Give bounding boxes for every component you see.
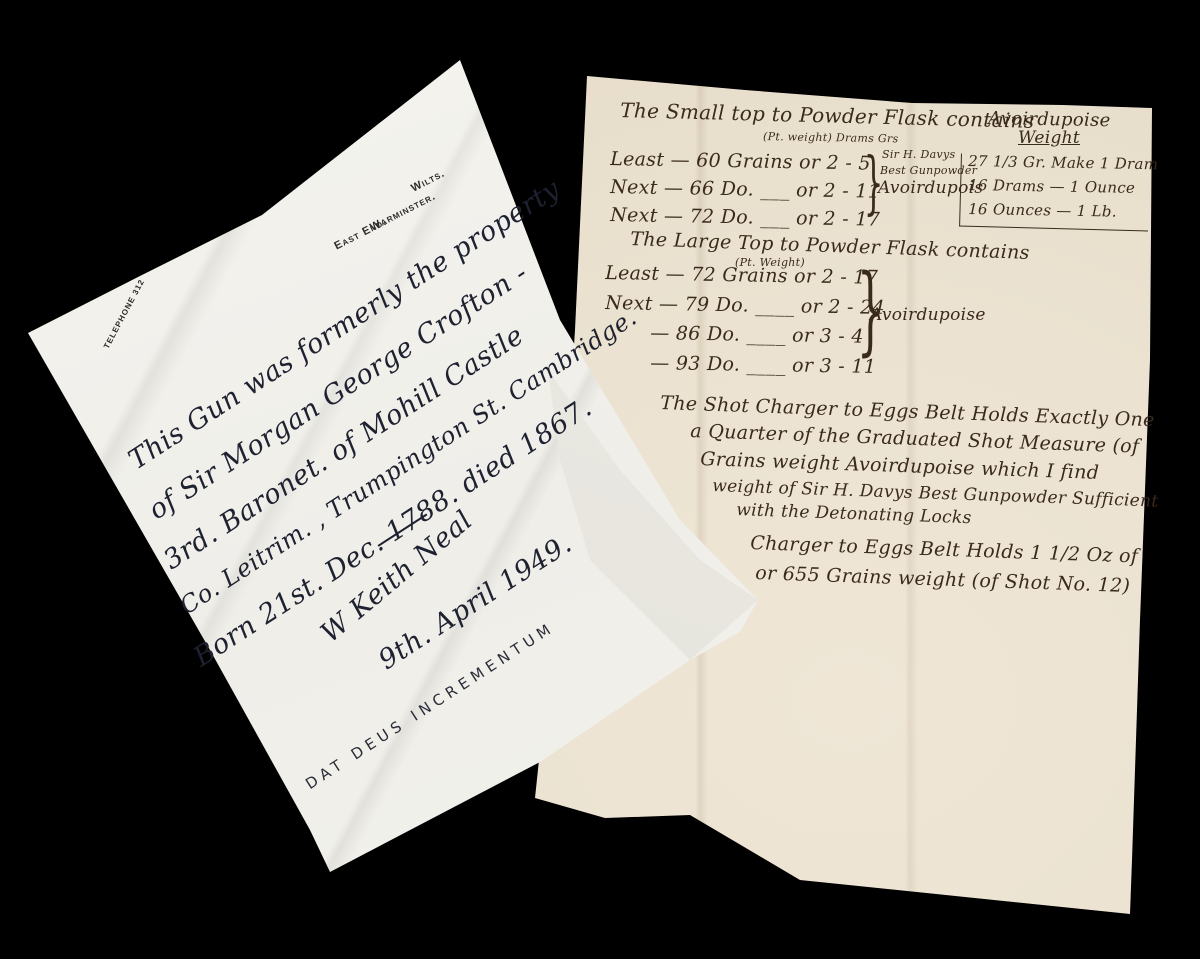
photo-stage: The Small top to Powder Flask contains (… [0,0,1200,959]
